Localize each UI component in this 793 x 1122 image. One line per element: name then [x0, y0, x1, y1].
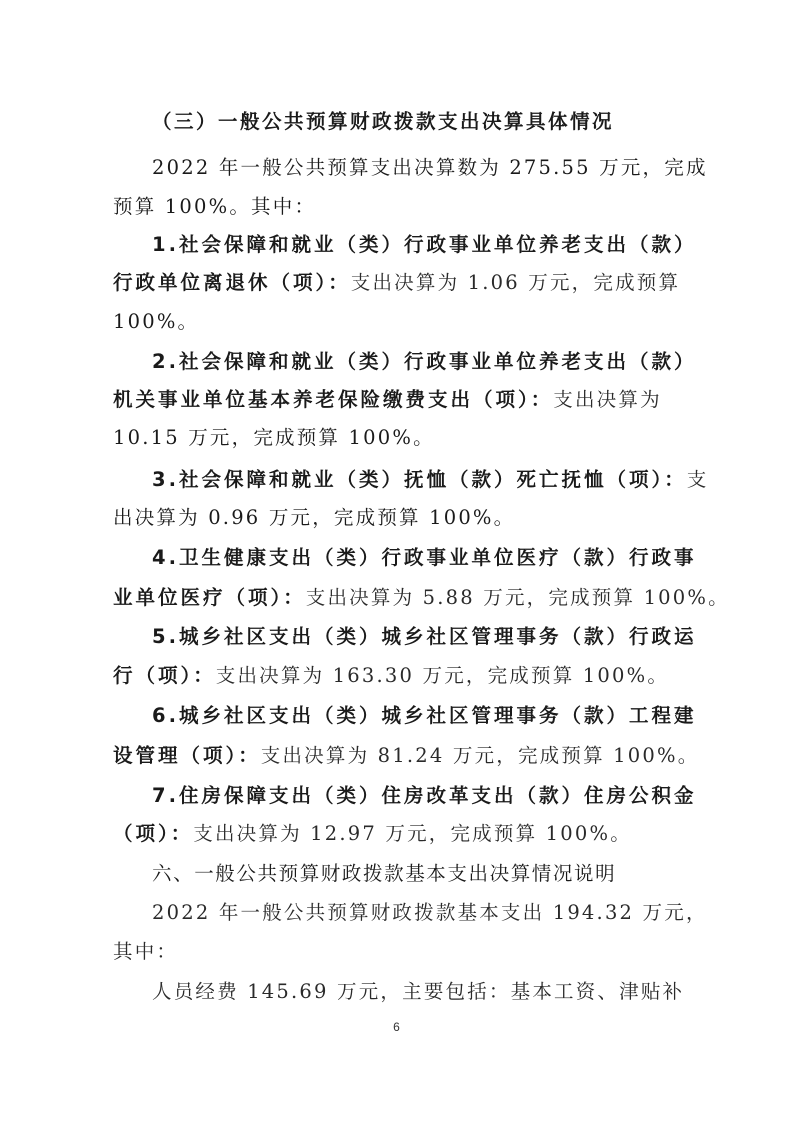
section-heading: （三）一般公共预算财政拨款支出决算具体情况	[152, 102, 683, 142]
item-5-amount: 支出决算为 163.30 万元，完成预算 100%。	[216, 664, 669, 687]
item-4-line-1: 4.卫生健康支出（类）行政事业单位医疗（款）行政事	[152, 538, 683, 578]
item-1-line-2: 行政单位离退休（项）：支出决算为 1.06 万元，完成预算	[113, 263, 683, 303]
section-6-heading: 六、一般公共预算财政拨款基本支出决算情况说明	[152, 854, 683, 894]
item-4-title-end: 业单位医疗（项）：	[113, 586, 306, 609]
item-7-line-1: 7.住房保障支出（类）住房改革支出（款）住房公积金	[152, 776, 683, 816]
item-7-amount: 支出决算为 12.97 万元，完成预算 100%。	[193, 822, 632, 845]
item-2-amount: 支出决算为	[553, 388, 662, 411]
item-7-line-2: （项）：支出决算为 12.97 万元，完成预算 100%。	[113, 814, 683, 854]
item-3-amount-start: 支	[687, 468, 709, 491]
item-5-title-end: 行（项）：	[113, 664, 216, 687]
item-4-amount: 支出决算为 5.88 万元，完成预算 100%。	[306, 586, 730, 609]
personnel-para-line-1: 人员经费 145.69 万元，主要包括：基本工资、津贴补	[152, 972, 683, 1012]
item-1-title-end: 行政单位离退休（项）：	[113, 271, 351, 294]
intro-line-1: 2022 年一般公共预算支出决算数为 275.55 万元，完成	[152, 148, 683, 188]
section-6-para-line-2: 其中：	[113, 932, 683, 972]
item-1-line-1: 1.社会保障和就业（类）行政事业单位养老支出（款）	[152, 225, 683, 265]
item-1-amount: 支出决算为 1.06 万元，完成预算	[351, 271, 680, 294]
page-number: 6	[0, 1020, 793, 1034]
item-2-line-3: 10.15 万元，完成预算 100%。	[113, 418, 683, 458]
intro-line-2: 预算 100%。其中：	[113, 187, 683, 227]
item-6-title-end: 设管理（项）：	[113, 744, 261, 767]
item-3-line-2: 出决算为 0.96 万元，完成预算 100%。	[113, 498, 683, 538]
item-3-line-1: 3.社会保障和就业（类）抚恤（款）死亡抚恤（项）：支	[152, 460, 683, 500]
item-6-amount: 支出决算为 81.24 万元，完成预算 100%。	[261, 744, 700, 767]
item-5-line-2: 行（项）：支出决算为 163.30 万元，完成预算 100%。	[113, 656, 683, 696]
item-5-line-1: 5.城乡社区支出（类）城乡社区管理事务（款）行政运	[152, 617, 683, 657]
item-2-title-end: 机关事业单位基本养老保险缴费支出（项）：	[113, 388, 553, 411]
item-2-line-2: 机关事业单位基本养老保险缴费支出（项）：支出决算为	[113, 380, 683, 420]
item-6-line-1: 6.城乡社区支出（类）城乡社区管理事务（款）工程建	[152, 696, 683, 736]
item-6-line-2: 设管理（项）：支出决算为 81.24 万元，完成预算 100%。	[113, 736, 683, 776]
item-4-line-2: 业单位医疗（项）：支出决算为 5.88 万元，完成预算 100%。	[113, 578, 683, 618]
section-6-para-line-1: 2022 年一般公共预算财政拨款基本支出 194.32 万元，	[152, 893, 683, 933]
item-3-title: 3.社会保障和就业（类）抚恤（款）死亡抚恤（项）：	[152, 468, 687, 491]
item-7-title-end: （项）：	[113, 822, 193, 845]
item-1-line-3: 100%。	[113, 302, 683, 342]
item-2-line-1: 2.社会保障和就业（类）行政事业单位养老支出（款）	[152, 342, 683, 382]
